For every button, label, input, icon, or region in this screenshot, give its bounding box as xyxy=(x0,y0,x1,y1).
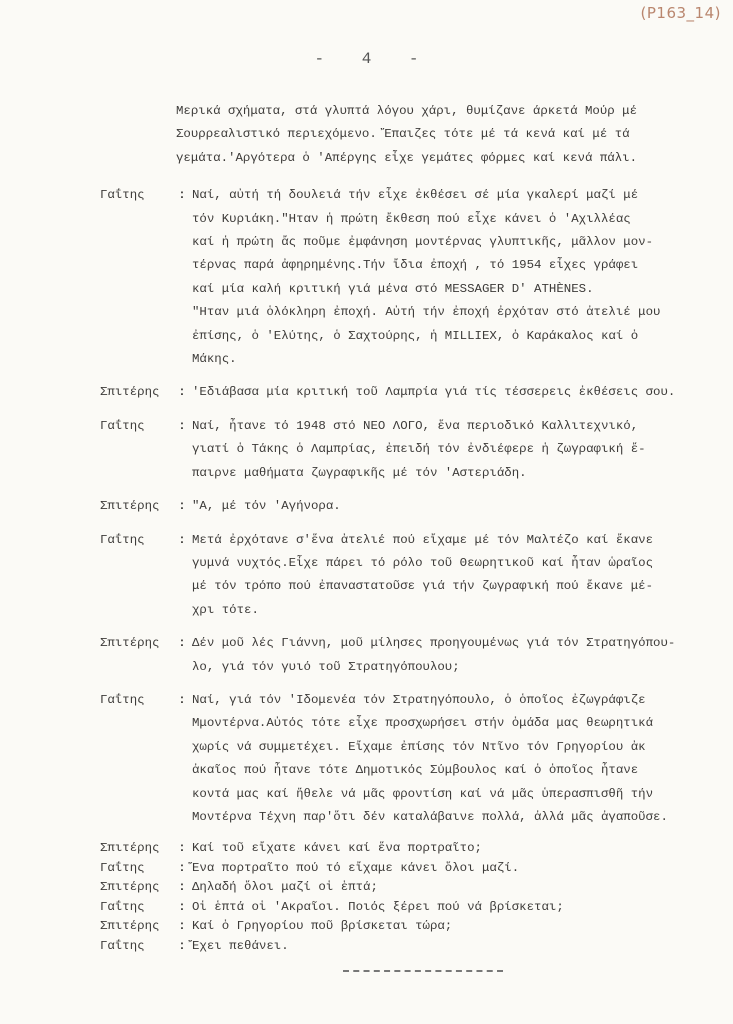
speaker-name: Γαΐτης xyxy=(100,689,172,829)
text-line: Μοντέρνα Τέχνη παρ'ὅτι δέν καταλάβαινε π… xyxy=(192,806,710,829)
text-line: χρι τότε. xyxy=(192,599,710,622)
speaker-colon: : xyxy=(172,381,192,404)
intro-paragraph: Μερικά σχήματα, στά γλυπτά λόγου χάρι, θ… xyxy=(100,100,710,170)
dialogue-turn: Γαΐτης : Ναί, γιά τόν 'Ιδομενέα τόν Στρα… xyxy=(100,689,710,829)
speaker-colon: : xyxy=(172,415,192,485)
text-line: Ναί, γιά τόν 'Ιδομενέα τόν Στρατηγόπουλο… xyxy=(192,689,710,712)
text-line: Μάκης. xyxy=(192,348,710,371)
text-line: ἀκαῖος πού ἦτανε τότε Δημοτικός Σύμβουλο… xyxy=(192,759,710,782)
text-line: μέ τόν τρόπο πού ἐπαναστατοῦσε γιά τήν ζ… xyxy=(192,575,710,598)
text-line: Δέν μοῦ λές Γιάννη, μοῦ μίλησες προηγουμ… xyxy=(192,632,710,655)
speaker-colon: : xyxy=(172,632,192,679)
text-line: τόν Κυριάκη."Ηταν ἡ πρώτη ἔκθεση πού εἶχ… xyxy=(192,208,710,231)
speaker-colon: : xyxy=(172,917,192,937)
turn-text: Μετά ἐρχότανε σ'ἕνα ἀτελιέ πού εἴχαμε μέ… xyxy=(192,529,710,623)
speaker-colon: : xyxy=(172,898,192,918)
dialogue-turn: Γαΐτης : Ναί, αὐτή τή δουλειά τήν εἶχε ἐ… xyxy=(100,184,710,371)
text-line: γιατί ὁ Τάκης ὁ Λαμπρίας, ἐπειδή τόν ἐνδ… xyxy=(192,438,710,461)
speaker-colon: : xyxy=(172,689,192,829)
turn-text: Οἱ ἑπτά οἱ 'Ακραῖοι. Ποιός ξέρει πού νά … xyxy=(192,898,710,918)
speaker-name: Σπιτέρης xyxy=(100,632,172,679)
speaker-name: Γαΐτης xyxy=(100,415,172,485)
turn-text: Καί ὁ Γρηγορίου ποῦ βρίσκεται τώρα; xyxy=(192,917,710,937)
text-line: Σουρρεαλιστικό περιεχόμενο. Ἔπαιζες τότε… xyxy=(176,123,710,146)
text-line: τέρνας παρά ἀφηρημένης.Τήν ἴδια ἐποχή , … xyxy=(192,254,710,277)
turn-text: Δηλαδή ὅλοι μαζί οἱ ἑπτά; xyxy=(192,878,710,898)
turn-text: "Α, μέ τόν 'Αγήνορα. xyxy=(192,495,710,518)
text-line: λο, γιά τόν γυιό τοῦ Στρατηγόπουλου; xyxy=(192,656,710,679)
short-exchange: Σπιτέρης : Καί τοῦ εἴχατε κάνει καί ἕνα … xyxy=(100,839,710,956)
dialogue-turn: Σπιτέρης : Δηλαδή ὅλοι μαζί οἱ ἑπτά; xyxy=(100,878,710,898)
dialogue-turn: Σπιτέρης : Δέν μοῦ λές Γιάννη, μοῦ μίλησ… xyxy=(100,632,710,679)
speaker-name: Σπιτέρης xyxy=(100,917,172,937)
text-line: κοντά μας καί ἤθελε νά μᾶς φροντίση καί … xyxy=(192,783,710,806)
turn-text: 'Εδιάβασα μία κριτική τοῦ Λαμπρία γιά τί… xyxy=(192,381,710,404)
speaker-colon: : xyxy=(172,937,192,957)
text-line: 'Εδιάβασα μία κριτική τοῦ Λαμπρία γιά τί… xyxy=(192,381,710,404)
dialogue-turn: Σπιτέρης : Καί ὁ Γρηγορίου ποῦ βρίσκεται… xyxy=(100,917,710,937)
speaker-colon: : xyxy=(172,839,192,859)
speaker-name: Σπιτέρης xyxy=(100,495,172,518)
text-line: χωρίς νά συμμετέχει. Εἴχαμε ἐπίσης τόν Ν… xyxy=(192,736,710,759)
speaker-colon: : xyxy=(172,878,192,898)
speaker-colon: : xyxy=(172,184,192,371)
turn-text: Ἕνα πορτραῖτο πού τό εἴχαμε κάνει ὅλοι μ… xyxy=(192,859,710,879)
speaker-name: Γαΐτης xyxy=(100,937,172,957)
text-line: ἐπίσης, ὁ 'Ελύτης, ὁ Σαχτούρης, ἡ MILLIE… xyxy=(192,325,710,348)
speaker-name: Γαΐτης xyxy=(100,529,172,623)
speaker-name: Γαΐτης xyxy=(100,184,172,371)
text-line: Μμοντέρνα.Αὐτός τότε εἶχε προσχωρήσει στ… xyxy=(192,712,710,735)
turn-text: Ναί, ἦτανε τό 1948 στό ΝΕΟ ΛΟΓΟ, ἕνα περ… xyxy=(192,415,710,485)
speaker-colon: : xyxy=(172,495,192,518)
dialogue-turn: Γαΐτης : Μετά ἐρχότανε σ'ἕνα ἀτελιέ πού … xyxy=(100,529,710,623)
text-line: Ναί, αὐτή τή δουλειά τήν εἶχε ἐκθέσει σέ… xyxy=(192,184,710,207)
speaker-name: Σπιτέρης xyxy=(100,381,172,404)
page-number-left-dash: - xyxy=(314,50,324,68)
text-line: "Ηταν μιά ὁλόκληρη ἐποχή. Αὐτή τήν ἐποχή… xyxy=(192,301,710,324)
text-line: Μετά ἐρχότανε σ'ἕνα ἀτελιέ πού εἴχαμε μέ… xyxy=(192,529,710,552)
dialogue-turn: Γαΐτης : Ἕνα πορτραῖτο πού τό εἴχαμε κάν… xyxy=(100,859,710,879)
text-line: "Α, μέ τόν 'Αγήνορα. xyxy=(192,495,710,518)
text-line: Ναί, ἦτανε τό 1948 στό ΝΕΟ ΛΟΓΟ, ἕνα περ… xyxy=(192,415,710,438)
dialogue-turn: Σπιτέρης : "Α, μέ τόν 'Αγήνορα. xyxy=(100,495,710,518)
end-divider xyxy=(343,970,503,972)
speaker-colon: : xyxy=(172,859,192,879)
page-number-right-dash: - xyxy=(409,50,419,68)
turn-text: Ναί, αὐτή τή δουλειά τήν εἶχε ἐκθέσει σέ… xyxy=(192,184,710,371)
text-line: γυμνά νυχτός.Εἶχε πάρει τό ρόλο τοῦ Θεωρ… xyxy=(192,552,710,575)
text-line: παιρνε μαθήματα ζωγραφικῆς μέ τόν 'Αστερ… xyxy=(192,462,710,485)
dialogue-turn: Γαΐτης : Οἱ ἑπτά οἱ 'Ακραῖοι. Ποιός ξέρε… xyxy=(100,898,710,918)
text-line: Μερικά σχήματα, στά γλυπτά λόγου χάρι, θ… xyxy=(176,100,710,123)
text-line: καί ἡ πρώτη ἄς ποῦμε ἐμφάνηση μοντέρνας … xyxy=(192,231,710,254)
speaker-name: Σπιτέρης xyxy=(100,839,172,859)
page-number-value: 4 xyxy=(362,50,372,68)
text-line: γεμάτα.'Αργότερα ὁ 'Απέργης εἶχε γεμάτες… xyxy=(176,147,710,170)
page-number: - 4 - xyxy=(0,50,733,68)
dialogue-turn: Γαΐτης : Ναί, ἦτανε τό 1948 στό ΝΕΟ ΛΟΓΟ… xyxy=(100,415,710,485)
speaker-name: Γαΐτης xyxy=(100,898,172,918)
turn-text: Ναί, γιά τόν 'Ιδομενέα τόν Στρατηγόπουλο… xyxy=(192,689,710,829)
reference-note: (P163_14) xyxy=(641,4,721,22)
speaker-name: Σπιτέρης xyxy=(100,878,172,898)
turn-text: Καί τοῦ εἴχατε κάνει καί ἕνα πορτραῖτο; xyxy=(192,839,710,859)
dialogue-turn: Γαΐτης : Ἔχει πεθάνει. xyxy=(100,937,710,957)
speaker-colon: : xyxy=(172,529,192,623)
turn-text: Ἔχει πεθάνει. xyxy=(192,937,710,957)
speaker-name: Γαΐτης xyxy=(100,859,172,879)
dialogue-turn: Σπιτέρης : 'Εδιάβασα μία κριτική τοῦ Λαμ… xyxy=(100,381,710,404)
dialogue-turn: Σπιτέρης : Καί τοῦ εἴχατε κάνει καί ἕνα … xyxy=(100,839,710,859)
text-line: καί μία καλή κριτική γιά μένα στό MESSAG… xyxy=(192,278,710,301)
transcript-body: Μερικά σχήματα, στά γλυπτά λόγου χάρι, θ… xyxy=(100,100,710,956)
turn-text: Δέν μοῦ λές Γιάννη, μοῦ μίλησες προηγουμ… xyxy=(192,632,710,679)
